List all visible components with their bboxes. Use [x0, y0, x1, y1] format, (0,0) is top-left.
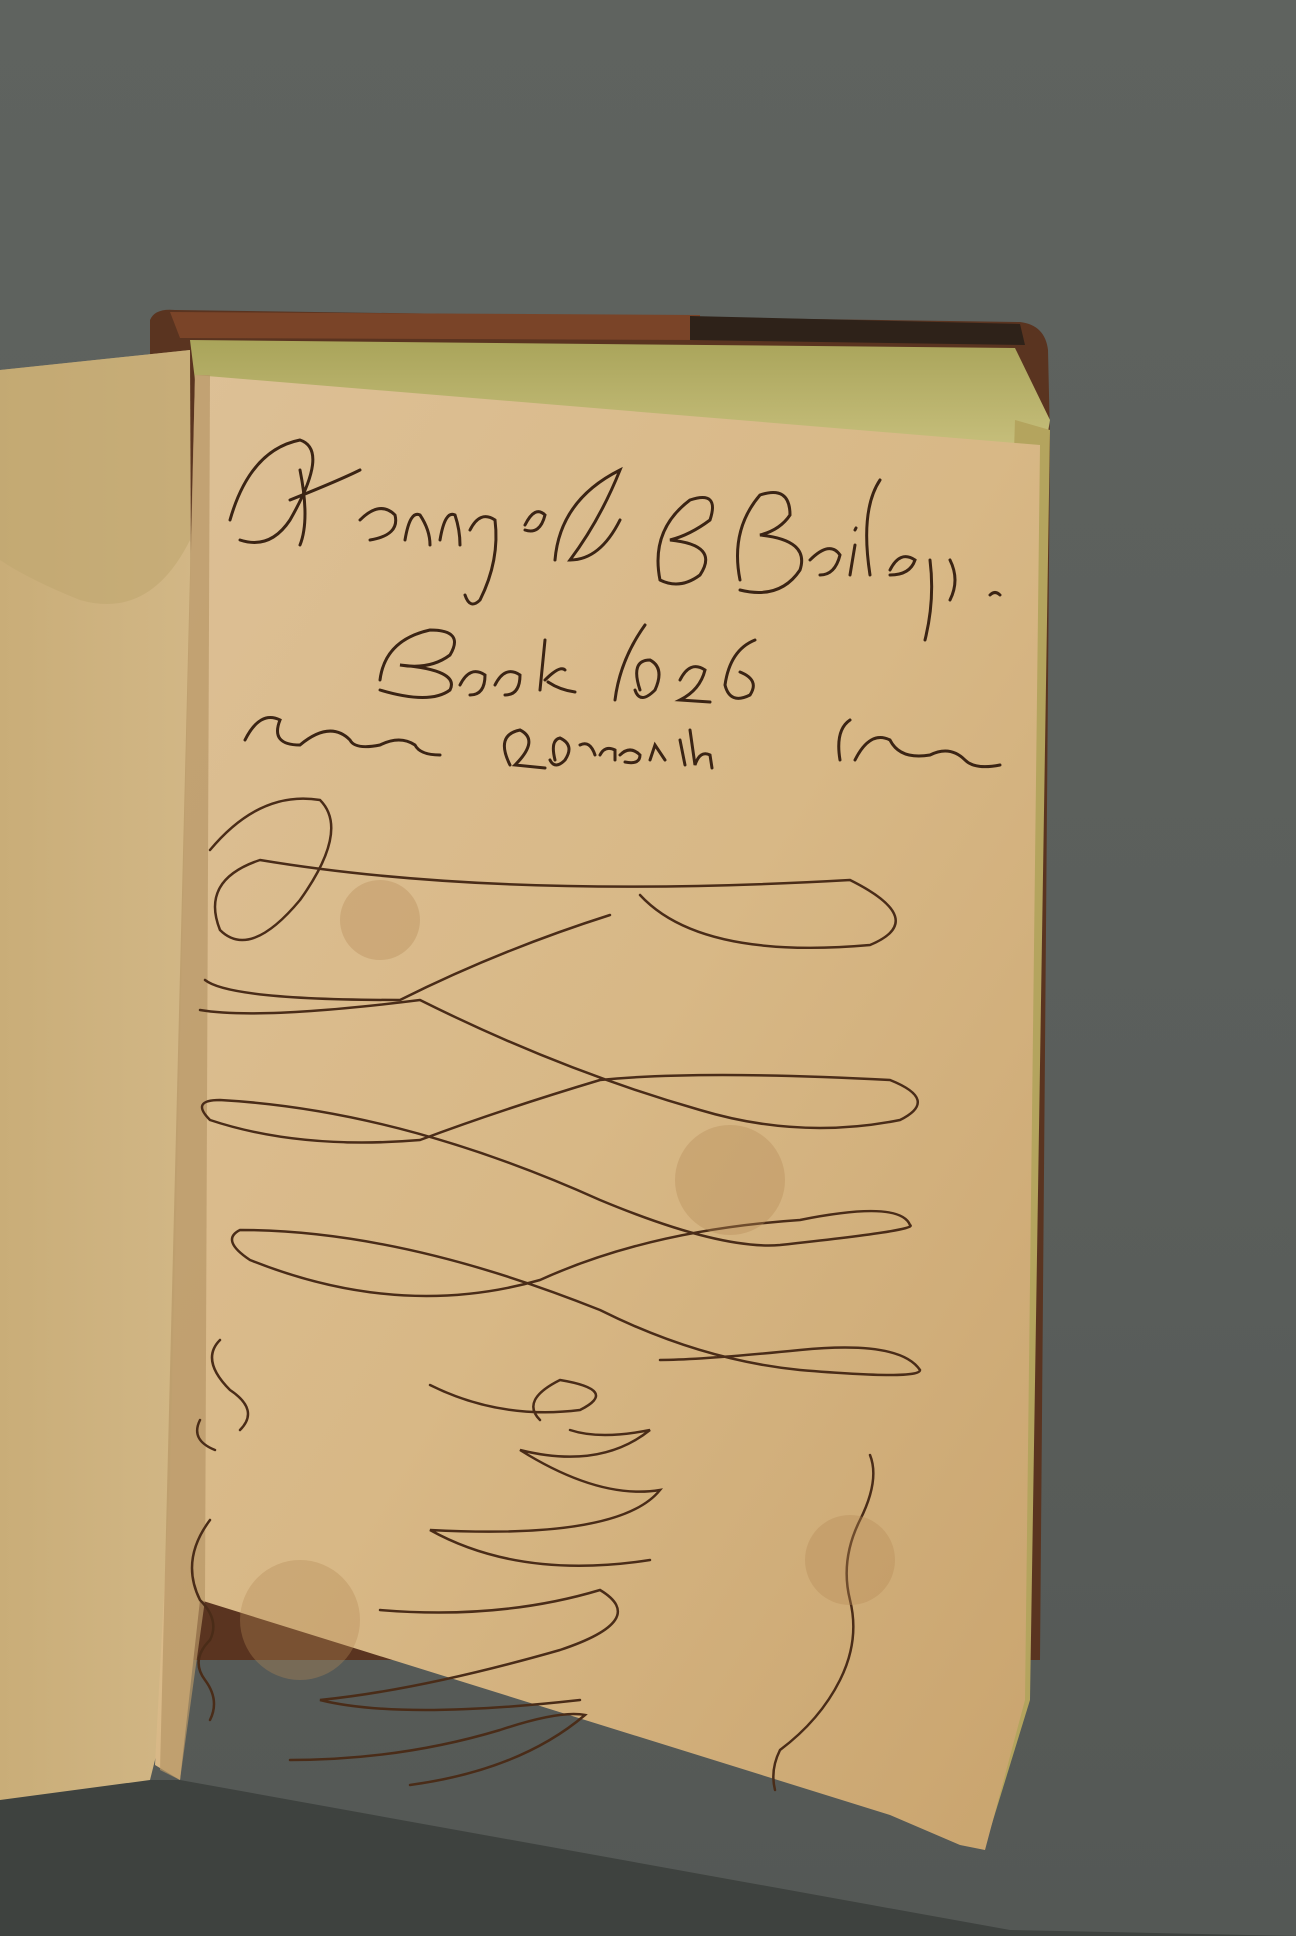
photo-scene	[0, 0, 1296, 1936]
water-stain	[0, 350, 190, 604]
leather-highlight	[170, 312, 700, 340]
leather-dark	[690, 316, 1025, 345]
shadow	[0, 1780, 1296, 1936]
book-photo	[0, 0, 1296, 1936]
